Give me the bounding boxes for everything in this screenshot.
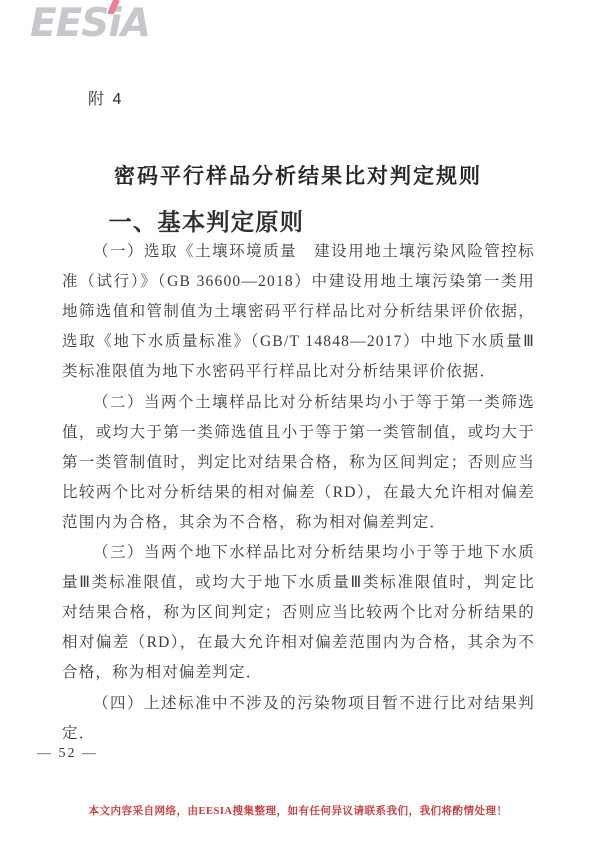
paragraph-4: （四）上述标准中不涉及的污染物项目暂不进行比对结果判定． [62, 689, 535, 749]
logo-text-left: EES [30, 1, 108, 46]
footer-disclaimer: 本文内容采自网络，由EESIA搜集整理，如有任何异议请联系我们，我们将酌情处理！ [0, 803, 596, 818]
section-heading: 一、基本判定原则 [62, 207, 535, 237]
attachment-label: 附 4 [88, 86, 123, 109]
eesia-logo: EESiA [30, 0, 150, 48]
document-body: 一、基本判定原则 （一）选取《土壤环境质量 建设用地土壤污染风险管控标准（试行）… [62, 207, 535, 749]
page-number: — 52 — [37, 746, 98, 762]
paragraph-1: （一）选取《土壤环境质量 建设用地土壤污染风险管控标准（试行）》（GB 3660… [62, 237, 535, 387]
logo-text-right: A [121, 1, 150, 46]
document-title: 密码平行样品分析结果比对判定规则 [0, 160, 596, 190]
logo-letter-i: i [108, 1, 120, 46]
paragraph-2: （二）当两个土壤样品比对分析结果均小于等于第一类筛选值，或均大于第一类筛选值且小… [62, 388, 535, 538]
paragraph-3: （三）当两个地下水样品比对分析结果均小于等于地下水质量Ⅲ类标准限值，或均大于地下… [62, 538, 535, 688]
